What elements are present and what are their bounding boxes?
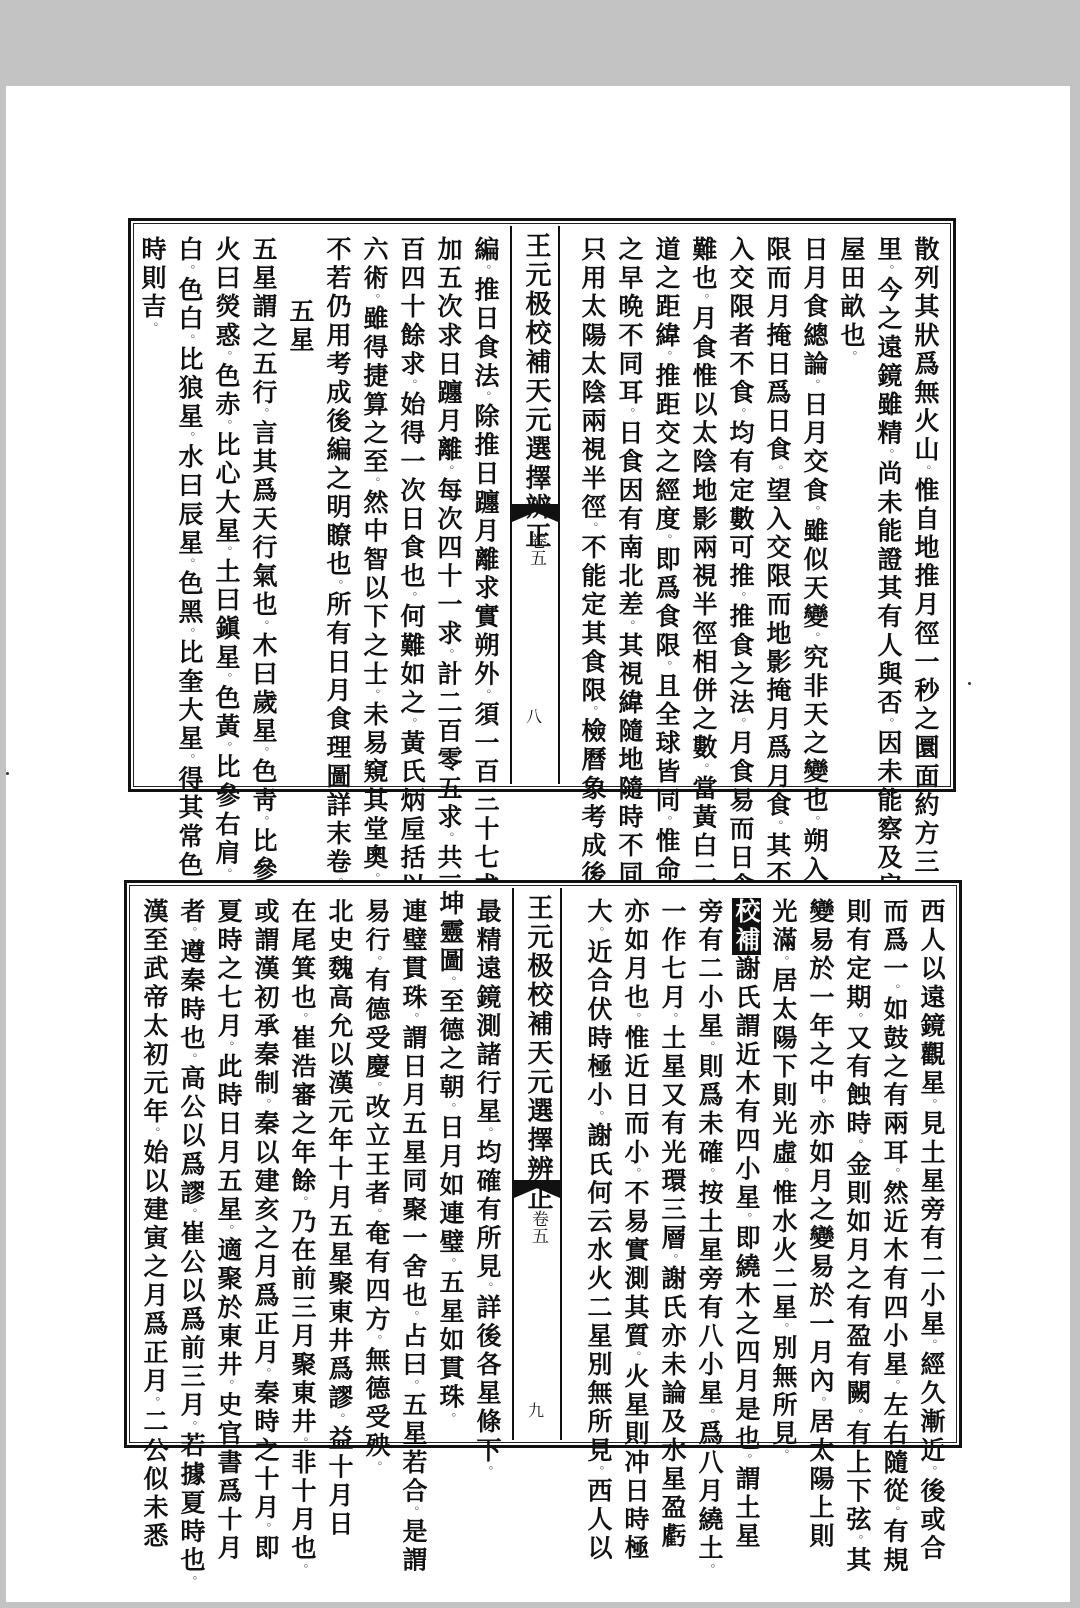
text-column: 亦如月也。惟近日而小。不易實測其質。火星則冲日時極 (617, 898, 654, 1434)
text-column: 里。今之遠鏡雖精。尚未能證其有人與否。因未能察及房 (870, 236, 907, 778)
text-column: 屋田畝也。 (833, 236, 870, 778)
left-half-text: 最精遠鏡測諸行星。均確有所見。詳後各星條下。 坤靈圖。至德之朝。日月如連璧。五星… (136, 898, 506, 1434)
left-half-text: 編。推日食法。除推日躔月離求實朔外。須一百三十七求。 加五次求日躔月離。每次四十… (140, 236, 504, 778)
book-title: 王元极校補天元選擇辨正 (518, 232, 555, 551)
text-column: 道之距緯。推距交之經度。即爲食限。且全球皆同。惟命時 (648, 236, 685, 778)
text-column: 一作七月。土星又有光環三層。謝氏亦未論及水星盈虧 (654, 898, 691, 1434)
right-half-text: 散列其狀爲無火山。惟自地推月徑一秒之圜面約方三 里。今之遠鏡雖精。尚未能證其有人… (564, 236, 944, 778)
text-column: 五星謂之五行。言其爲天行氣也。木曰歲星。色靑。比參左肩。 (245, 236, 282, 778)
text-column: 百四十餘求。始得一次日食也。何難如之。黃氏炳垕括以 (393, 236, 430, 778)
text-column: 日月食總論。日月交食。雖似天變。究非天之變也。朔入交 (796, 236, 833, 778)
text-column: 旁有二小星。則爲未確。按土星旁有八小星。爲八月繞土。 (691, 898, 728, 1434)
section-heading: 五星 (282, 236, 319, 778)
text-column: 在尾箕也。崔浩審之年餘。乃在前三月聚東井。非十月也。 (284, 898, 321, 1434)
text-column: 白。色白。比狼星。水曰辰星。色黑。比奎大星。得其常色而應四 (171, 236, 208, 778)
text-column: 只用太陽太陰兩視半徑。不能定其食限。檢曆象考成後 (574, 236, 611, 778)
text-column: 坤靈圖。至德之朝。日月如連璧。五星如貫珠。 (432, 890, 469, 1434)
page-number: 九 (528, 1398, 544, 1421)
text-column: 散列其狀爲無火山。惟自地推月徑一秒之圜面約方三 (907, 236, 944, 778)
volume-label: 卷五 (526, 1210, 551, 1244)
text-column: 火曰熒惑。色赤。比心大星。土曰鎭星。色黃。比參右肩。金曰太 (208, 236, 245, 778)
text-column: 北史魏高允以漢元年十月五星聚東井爲謬。益十月日 (321, 898, 358, 1434)
text-column: 難也。月食惟以太陰地影兩視半徑相併之數。當黃白二 (685, 236, 722, 778)
text-column: 時則吉。 (134, 236, 171, 778)
text-column: 而爲一。如鼓之有兩耳。然近木有四小星。左右隨從。有規 (876, 898, 913, 1434)
volume-label: 卷五 (524, 532, 549, 566)
right-half-text: 西人以遠鏡觀星。見土星旁有二小星。經久漸近。後或合 而爲一。如鼓之有兩耳。然近木… (564, 898, 950, 1434)
book-title: 王元极校補天元選擇辨正 (520, 894, 557, 1213)
text-column: 光滿。居太陽下則光虛。惟水火二星。別無所見。 (765, 898, 802, 1434)
text-column: 或謂漢初承秦制。秦以建亥之月爲正月。秦時之十月。即 (247, 898, 284, 1434)
text-column: 者。遵秦時也。高公以爲謬。崔公以爲前三月。若據夏時也。 (173, 898, 210, 1434)
text-column: 易行。有德受慶。改立王者。奄有四方。無德受殃。 (358, 898, 395, 1434)
text-column: 編。推日食法。除推日躔月離求實朔外。須一百三十七求。 (467, 236, 504, 778)
text-column: 最精遠鏡測諸行星。均確有所見。詳後各星條下。 (469, 898, 506, 1434)
text-column: 限而月掩日爲日食。望入交限而地影掩月爲月食。其不 (759, 236, 796, 778)
center-fold-column: 王元极校補天元選擇辨正 卷五 八 (510, 226, 560, 784)
annotation-tag: 校補 (732, 898, 761, 955)
text-column: 夏時之七月。此時日月五星。適聚於東井。史官書爲十月 (210, 898, 247, 1434)
text-column: 漢至武帝太初元年。始以建寅之月爲正月。二公似未悉 (136, 898, 173, 1434)
text-column: 之早晩不同耳。日食因有南北差。其視緯隨地隨時不同。 (611, 236, 648, 778)
text-column: 連璧貫珠。謂日月五星同聚一舍也。占曰。五星若合。是謂 (395, 898, 432, 1434)
page-block-lower: 西人以遠鏡觀星。見土星旁有二小星。經久漸近。後或合 而爲一。如鼓之有兩耳。然近木… (124, 880, 962, 1448)
text-column: 西人以遠鏡觀星。見土星旁有二小星。經久漸近。後或合 (913, 898, 950, 1434)
text-column: 大。近合伏時極小。謝氏何云水火二星別無所見。西人以 (580, 898, 617, 1434)
scan-speck (6, 772, 9, 775)
text-column: 變易於一年之中。亦如月之變易於一月內。居太陽上則 (802, 898, 839, 1434)
text-column: 則有定期。又有蝕時。金則如月之有盈有闕。有上下弦。其 (839, 898, 876, 1434)
page-number: 八 (526, 704, 542, 727)
text-column: 入交限者不食。均有定數可推。推食之法。月食易而日食 (722, 236, 759, 778)
annotation-column: 校補謝氏謂近木有四小星。即繞木之四月是也。謂土星 (728, 898, 765, 1434)
page-block-upper: 散列其狀爲無火山。惟自地推月徑一秒之圜面約方三 里。今之遠鏡雖精。尚未能證其有人… (128, 218, 956, 792)
scan-speck (968, 682, 971, 685)
page-canvas: 散列其狀爲無火山。惟自地推月徑一秒之圜面約方三 里。今之遠鏡雖精。尚未能證其有人… (6, 86, 1070, 1602)
text-column: 不若仍用考成後編之明瞭也。所有日月食理圖詳末卷。 (319, 236, 356, 778)
text-column: 加五次求日躔月離。每次四十一求。計二百零五求。共三 (430, 236, 467, 778)
text-column: 六術。雖得捷算之至。然中智以下之士。未易窺其堂奧。究 (356, 236, 393, 778)
center-fold-column: 王元极校補天元選擇辨正 卷五 九 (512, 888, 562, 1440)
